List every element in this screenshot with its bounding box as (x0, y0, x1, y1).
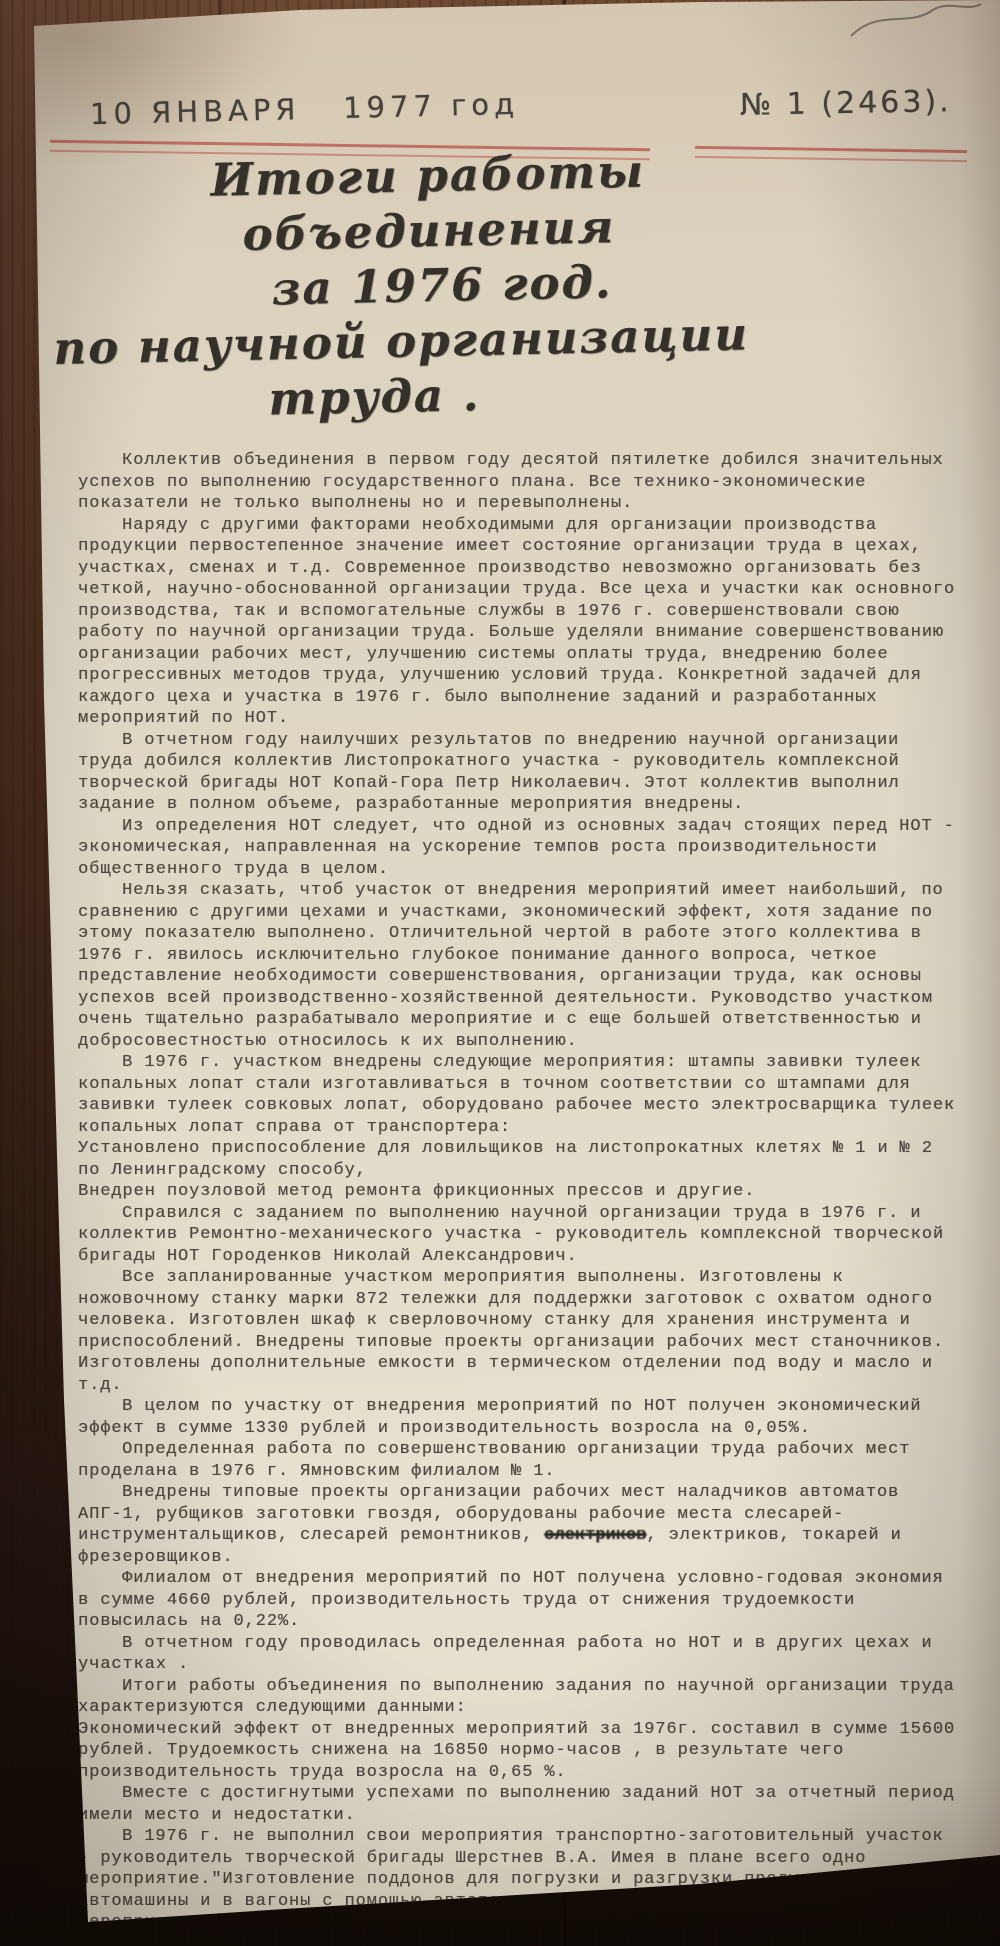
paragraph-06: В 1976 г. участком внедрены следующие ме… (78, 1052, 964, 1138)
paragraph-02: Наряду с другими факторами необходимыми … (78, 515, 964, 730)
crossed-out-word: электриков (544, 1526, 646, 1545)
paragraph-11: В целом по участку от внедрения мероприя… (78, 1396, 964, 1439)
paragraph-04: Из определения НОТ следует, что одной из… (78, 816, 964, 881)
paragraph-13: Внедрены типовые проекты организации раб… (78, 1482, 964, 1568)
paragraph-05: Нельзя сказать, чтоб участок от внедрени… (78, 880, 964, 1052)
corner-pen-mark (845, 0, 985, 43)
paragraph-18: Вместе с достигнутыми успехами по выполн… (78, 1783, 964, 1826)
paragraph-09: Справился с заданием по выполнению научн… (78, 1203, 964, 1268)
title-line-1: Итоги работы объединения (17, 139, 839, 266)
photo-of-document: { "header": { "date": "10 ЯНВАРЯ 1977 го… (0, 0, 1000, 1946)
paragraph-14: Филиалом от внедрения мероприятий по НОТ… (78, 1568, 964, 1633)
paragraph-12: Определенная работа по совершенствованию… (78, 1439, 964, 1482)
document-title: Итоги работы объединения за 1976 год. по… (17, 139, 843, 431)
paragraph-03: В отчетном году наилучших результатов по… (78, 730, 964, 816)
paragraph-16: Итоги работы объединения по выполнению з… (78, 1676, 964, 1719)
document-page: 10 ЯНВАРЯ 1977 год № 1 (2463). Итоги раб… (0, 0, 1000, 1946)
paragraph-08: Внедрен поузловой метод ремонта фрикцион… (78, 1181, 964, 1203)
paragraph-07: Установлено приспособление для ловильщик… (78, 1138, 964, 1181)
paragraph-10: Все запланированные участком мероприятия… (78, 1267, 964, 1396)
date-line: 10 ЯНВАРЯ 1977 год (90, 87, 520, 131)
paragraph-17: Экономический эффект от внедренных мероп… (78, 1719, 964, 1784)
paragraph-01: Коллектив объединения в первом году деся… (78, 450, 964, 515)
issue-number: № 1 (2463). (740, 84, 952, 123)
document-body: Коллектив объединения в первом году деся… (78, 450, 964, 1934)
paragraph-15: В отчетном году проводилась определенная… (78, 1633, 964, 1676)
